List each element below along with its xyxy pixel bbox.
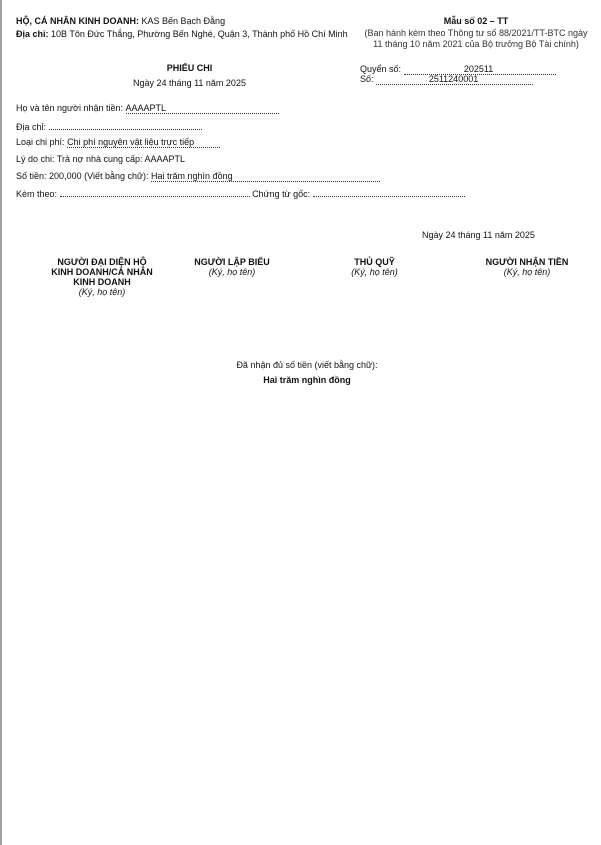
signature-cashier: THỦ QUỸ (Ký, họ tên) bbox=[322, 257, 427, 277]
recipient-address-value[interactable] bbox=[49, 120, 202, 130]
form-note-line1: (Ban hành kèm theo Thông tư số 88/2021/T… bbox=[354, 28, 598, 39]
business-name: KAS Bến Bạch Đằng bbox=[142, 16, 226, 26]
received-label: Đã nhận đủ số tiền (viết bằng chữ): bbox=[202, 360, 412, 370]
signature-representative: NGƯỜI ĐẠI DIỆN HỘ KINH DOANH/CÁ NHÂN KIN… bbox=[32, 257, 172, 297]
business-line: HỘ, CÁ NHÂN KINH DOANH: KAS Bến Bạch Đằn… bbox=[16, 16, 225, 26]
original-docs-label: Chứng từ gốc: bbox=[252, 189, 310, 199]
business-label: HỘ, CÁ NHÂN KINH DOANH: bbox=[16, 16, 139, 26]
signature-title-line: KINH DOANH/CÁ NHÂN bbox=[32, 267, 172, 277]
doc-date: Ngày 24 tháng 11 năm 2025 bbox=[102, 78, 277, 88]
recipient-label: Họ và tên người nhận tiền: bbox=[16, 103, 123, 113]
book-label: Quyển số: bbox=[360, 64, 401, 74]
signature-title-line: NGƯỜI NHẬN TIỀN bbox=[462, 257, 592, 267]
doc-title: PHIẾU CHI bbox=[102, 63, 277, 73]
amount-label: Số tiền: bbox=[16, 171, 47, 181]
amount-value: 200,000 bbox=[49, 171, 82, 181]
signature-note: (Ký, họ tên) bbox=[32, 287, 172, 297]
expense-type-line: Loại chi phí: Chi phí nguyên vật liệu tr… bbox=[16, 137, 220, 148]
attachments-label: Kèm theo: bbox=[16, 189, 57, 199]
signature-title-line: NGƯỜI ĐẠI DIỆN HỘ bbox=[32, 257, 172, 267]
recipient-line: Họ và tên người nhận tiền: AAAAPTL bbox=[16, 103, 279, 114]
number-line: Số: 2511240001 bbox=[360, 74, 533, 85]
form-info: Mẫu số 02 – TT (Ban hành kèm theo Thông … bbox=[354, 16, 598, 50]
signature-note: (Ký, họ tên) bbox=[172, 267, 292, 277]
recipient-address-label: Địa chỉ: bbox=[16, 122, 46, 132]
signature-note: (Ký, họ tên) bbox=[462, 267, 592, 277]
reason-value: Trả nợ nhà cung cấp: AAAAPTL bbox=[57, 154, 185, 164]
received-value: Hai trăm nghìn đồng bbox=[202, 375, 412, 385]
signature-title-line: KINH DOANH bbox=[32, 277, 172, 287]
expense-type-value[interactable]: Chi phí nguyên vật liệu trực tiếp bbox=[67, 137, 220, 148]
business-address-line: Địa chỉ: 10B Tôn Đức Thắng, Phường Bến N… bbox=[16, 29, 348, 39]
signature-title-line: THỦ QUỸ bbox=[322, 257, 427, 267]
signature-note: (Ký, họ tên) bbox=[322, 267, 427, 277]
number-value[interactable]: 2511240001 bbox=[376, 74, 533, 85]
expense-type-label: Loại chi phí: bbox=[16, 137, 65, 147]
reason-label: Lý do chi: bbox=[16, 154, 55, 164]
business-address-label: Địa chỉ: bbox=[16, 29, 49, 39]
attachments-field[interactable] bbox=[60, 188, 250, 197]
amount-line: Số tiền: 200,000 (Viết bằng chữ): Hai tr… bbox=[16, 171, 380, 182]
form-note-line2: 11 tháng 10 năm 2021 của Bộ trưởng Bộ Tà… bbox=[354, 39, 598, 50]
signature-preparer: NGƯỜI LẬP BIỂU (Ký, họ tên) bbox=[172, 257, 292, 277]
title-block: PHIẾU CHI Ngày 24 tháng 11 năm 2025 bbox=[102, 63, 277, 88]
business-address-value: 10B Tôn Đức Thắng, Phường Bến Nghé, Quận… bbox=[51, 29, 348, 39]
amount-words-label: (Viết bằng chữ): bbox=[84, 171, 148, 181]
amount-words-value[interactable]: Hai trăm nghìn đồng bbox=[151, 171, 380, 182]
sign-date: Ngày 24 tháng 11 năm 2025 bbox=[422, 230, 535, 240]
signature-receiver: NGƯỜI NHẬN TIỀN (Ký, họ tên) bbox=[462, 257, 592, 277]
recipient-value[interactable]: AAAAPTL bbox=[126, 103, 279, 114]
form-code: Mẫu số 02 – TT bbox=[354, 16, 598, 26]
number-label: Số: bbox=[360, 74, 374, 84]
received-block: Đã nhận đủ số tiền (viết bằng chữ): Hai … bbox=[202, 360, 412, 385]
original-docs-field[interactable] bbox=[313, 188, 465, 197]
attachments-line: Kèm theo: Chứng từ gốc: bbox=[16, 188, 465, 199]
reason-line: Lý do chi: Trả nợ nhà cung cấp: AAAAPTL bbox=[16, 154, 185, 164]
signature-title-line: NGƯỜI LẬP BIỂU bbox=[172, 257, 292, 267]
recipient-address-line: Địa chỉ: bbox=[16, 120, 202, 132]
